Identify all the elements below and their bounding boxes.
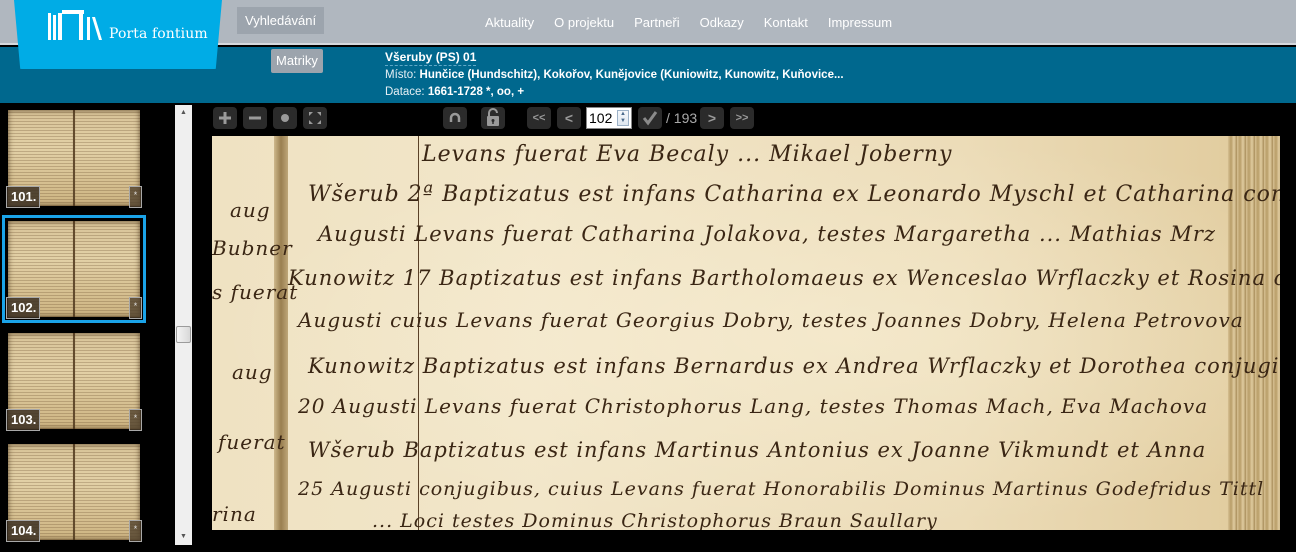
manuscript-line: Kunowitz 17 Baptizatus est infans Bartho…	[288, 266, 1280, 290]
margin-note: Bubner	[212, 236, 293, 260]
rotate-button[interactable]	[443, 107, 467, 129]
home-button[interactable]	[273, 107, 297, 129]
star-icon[interactable]: *	[129, 409, 142, 431]
place-value: Hunčice (Hundschitz), Kokořov, Kunějovic…	[420, 69, 844, 81]
nav-link-o-projektu[interactable]: O projektu	[554, 15, 614, 30]
nav-link-odkazy[interactable]: Odkazy	[700, 15, 744, 30]
thumbnail-label: 103.	[6, 409, 40, 431]
manuscript-line: Levans fuerat Eva Becaly ... Mikael Jobe…	[422, 142, 952, 167]
margin-note: s fuerat	[212, 280, 298, 304]
fullscreen-button[interactable]	[303, 107, 327, 129]
zoom-in-button[interactable]	[213, 107, 237, 129]
thumbnail-page-104[interactable]: 104. *	[5, 441, 143, 543]
manuscript-line: Kunowitz Baptizatus est infans Bernardus…	[308, 354, 1280, 378]
lock-button[interactable]	[481, 107, 505, 129]
manuscript-line: Wšerub Baptizatus est infans Martinus An…	[308, 438, 1206, 462]
date-label: Datace:	[385, 86, 425, 98]
go-to-page-button[interactable]	[638, 107, 662, 129]
page-total: / 193	[666, 107, 697, 129]
logo-text: Porta fontium	[109, 26, 208, 42]
plus-icon	[213, 107, 237, 129]
thumbnail-label: 104.	[6, 520, 40, 542]
margin-note: fuerat	[218, 430, 286, 454]
checkmark-icon	[638, 107, 662, 129]
tab-matriky[interactable]: Matriky	[271, 49, 323, 73]
record-info: Všeruby (PS) 01 Místo: Hunčice (Hundschi…	[385, 50, 844, 101]
nav-link-partneri[interactable]: Partneři	[634, 15, 680, 30]
dot-home-icon	[273, 107, 297, 129]
thumbnail-page-103[interactable]: 103. *	[5, 330, 143, 432]
margin-note: aug	[232, 360, 273, 384]
page-number-input[interactable]	[589, 109, 619, 127]
spin-up-icon[interactable]: ▲	[618, 111, 628, 118]
thumbnail-page-101[interactable]: 101. *	[5, 107, 143, 209]
prev-page-button[interactable]: <	[557, 107, 581, 129]
margin-note: rina	[212, 502, 257, 526]
site-logo[interactable]: Porta fontium	[14, 0, 222, 69]
thumbnail-label: 101.	[6, 186, 40, 208]
thumbnail-sidebar: 101. * 102. * 103. * 104. *	[0, 103, 192, 552]
manuscript-line: Wšerub 2ª Baptizatus est infans Catharin…	[308, 182, 1280, 207]
zoom-out-button[interactable]	[243, 107, 267, 129]
manuscript-line: 25 Augusti conjugibus, cuius Levans fuer…	[298, 478, 1264, 500]
scroll-down-arrow-icon[interactable]: ▼	[175, 530, 192, 544]
nav-link-impressum[interactable]: Impressum	[828, 15, 892, 30]
unlock-icon	[481, 107, 505, 129]
nav-link-aktuality[interactable]: Aktuality	[485, 15, 534, 30]
thumbnail-page-102[interactable]: 102. *	[5, 218, 143, 320]
next-page-button[interactable]: >	[700, 107, 724, 129]
document-image-viewer[interactable]: Levans fuerat Eva Becaly ... Mikael Jobe…	[212, 136, 1280, 530]
margin-note: aug	[230, 198, 271, 222]
manuscript-line: Augusti Levans fuerat Catharina Jolakova…	[318, 222, 1216, 246]
star-icon[interactable]: *	[129, 520, 142, 542]
spin-down-icon[interactable]: ▼	[618, 118, 628, 125]
manuscript-line: ... Loci testes Dominus Christophorus Br…	[372, 510, 938, 530]
scrollbar-thumb[interactable]	[176, 326, 191, 343]
main-nav: Aktuality O projektu Partneři Odkazy Kon…	[485, 0, 912, 45]
manuscript-line: 20 Augusti Levans fuerat Christophorus L…	[298, 394, 1208, 418]
last-page-button[interactable]: >>	[730, 107, 754, 129]
record-title[interactable]: Všeruby (PS) 01	[385, 50, 476, 66]
page-number-stepper[interactable]: ▲ ▼	[586, 107, 632, 129]
page-fold	[274, 136, 288, 530]
minus-icon	[243, 107, 267, 129]
page-spinner[interactable]: ▲ ▼	[617, 110, 629, 126]
date-value: 1661-1728 *, oo, +	[428, 86, 524, 98]
rotate-icon	[443, 107, 467, 129]
scroll-up-arrow-icon[interactable]: ▲	[175, 106, 192, 120]
manuscript-line: Augusti cuius Levans fuerat Georgius Dob…	[298, 308, 1244, 332]
star-icon[interactable]: *	[129, 297, 142, 319]
star-icon[interactable]: *	[129, 186, 142, 208]
fullscreen-icon	[303, 107, 327, 129]
thumbnail-label: 102.	[6, 297, 40, 319]
thumbnail-scrollbar[interactable]: ▲ ▼	[175, 105, 192, 545]
nav-link-kontakt[interactable]: Kontakt	[764, 15, 808, 30]
books-logo-icon	[48, 9, 104, 41]
first-page-button[interactable]: <<	[527, 107, 551, 129]
search-nav-button[interactable]: Vyhledávání	[237, 7, 324, 34]
place-label: Místo:	[385, 69, 416, 81]
